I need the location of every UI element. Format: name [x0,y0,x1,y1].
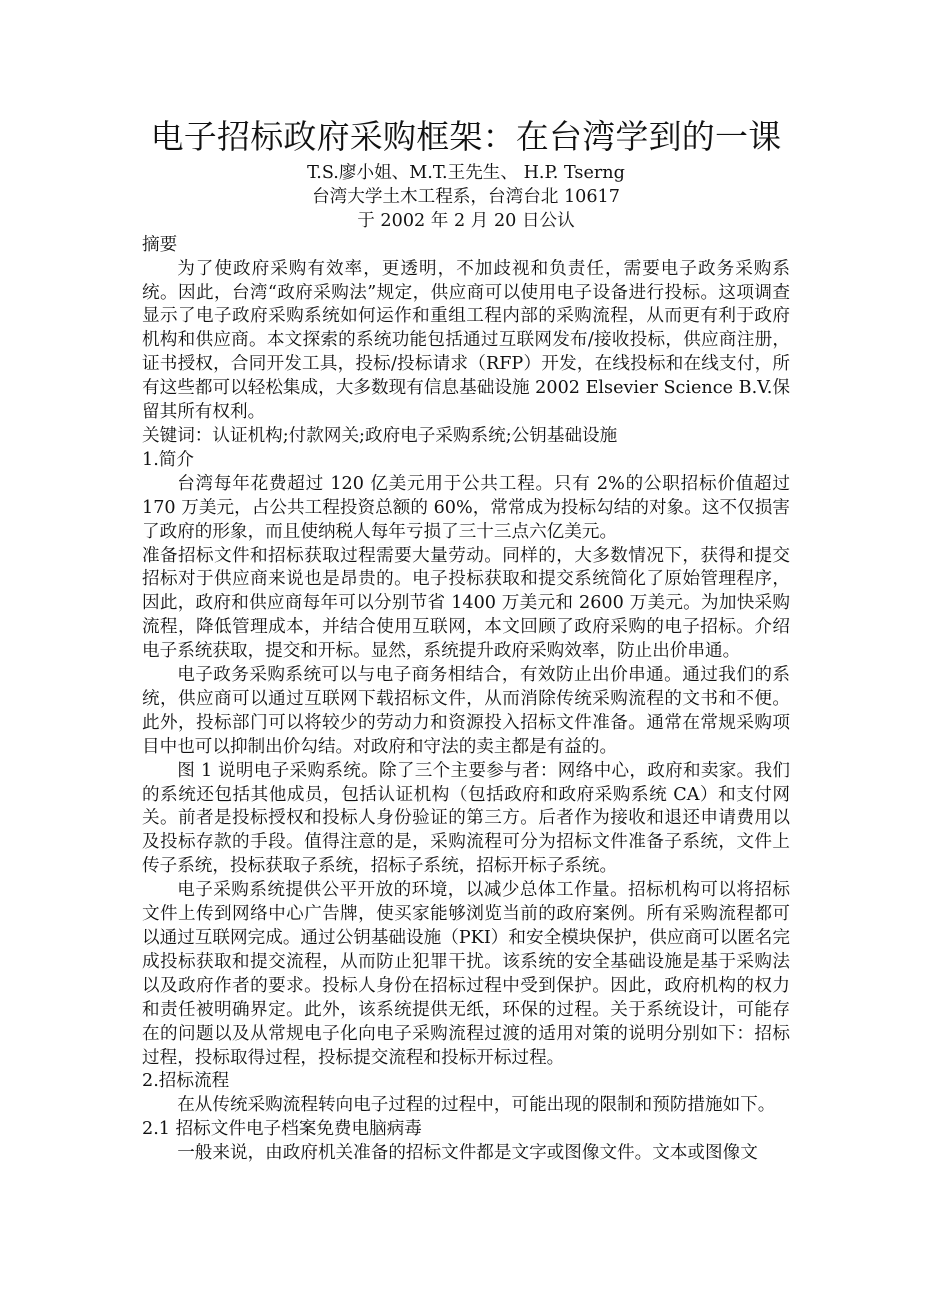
section-2-heading: 2.招标流程 [142,1070,790,1094]
document-page: 电子招标政府采购框架：在台湾学到的一课 T.S.廖小姐、M.T.王先生、 H.P… [142,112,790,1166]
section-1-paragraph: 图 1 说明电子采购系统。除了三个主要参与者：网络中心，政府和卖家。我们的系统还… [142,760,790,880]
section-1-paragraph: 电子采购系统提供公平开放的环境，以减少总体工作量。招标机构可以将招标文件上传到网… [142,879,790,1070]
affiliation: 台湾大学土木工程系，台湾台北 10617 [142,186,790,210]
section-1-heading: 1.简介 [142,449,790,473]
document-title: 电子招标政府采购框架：在台湾学到的一课 [136,112,796,162]
section-1-paragraph: 准备招标文件和招标获取过程需要大量劳动。同样的，大多数情况下，获得和提交招标对于… [142,545,790,665]
authors: T.S.廖小姐、M.T.王先生、 H.P. Tserng [142,162,790,186]
accepted-date: 于 2002 年 2 月 20 日公认 [142,210,790,234]
abstract-heading: 摘要 [142,234,790,258]
section-1-paragraph: 电子政务采购系统可以与电子商务相结合，有效防止出价串通。通过我们的系统，供应商可… [142,664,790,760]
section-2-intro: 在从传统采购流程转向电子过程的过程中，可能出现的限制和预防措施如下。 [142,1094,790,1118]
abstract-text: 为了使政府采购有效率，更透明，不加歧视和负责任，需要电子政务采购系统。因此，台湾… [142,258,790,425]
keywords: 关键词：认证机构;付款网关;政府电子采购系统;公钥基础设施 [142,425,790,449]
section-2-1-text: 一般来说，由政府机关准备的招标文件都是文字或图像文件。文本或图像文 [142,1142,790,1166]
section-2-1-heading: 2.1 招标文件电子档案免费电脑病毒 [142,1118,790,1142]
section-1-paragraph: 台湾每年花费超过 120 亿美元用于公共工程。只有 2%的公职招标价值超过 17… [142,473,790,545]
